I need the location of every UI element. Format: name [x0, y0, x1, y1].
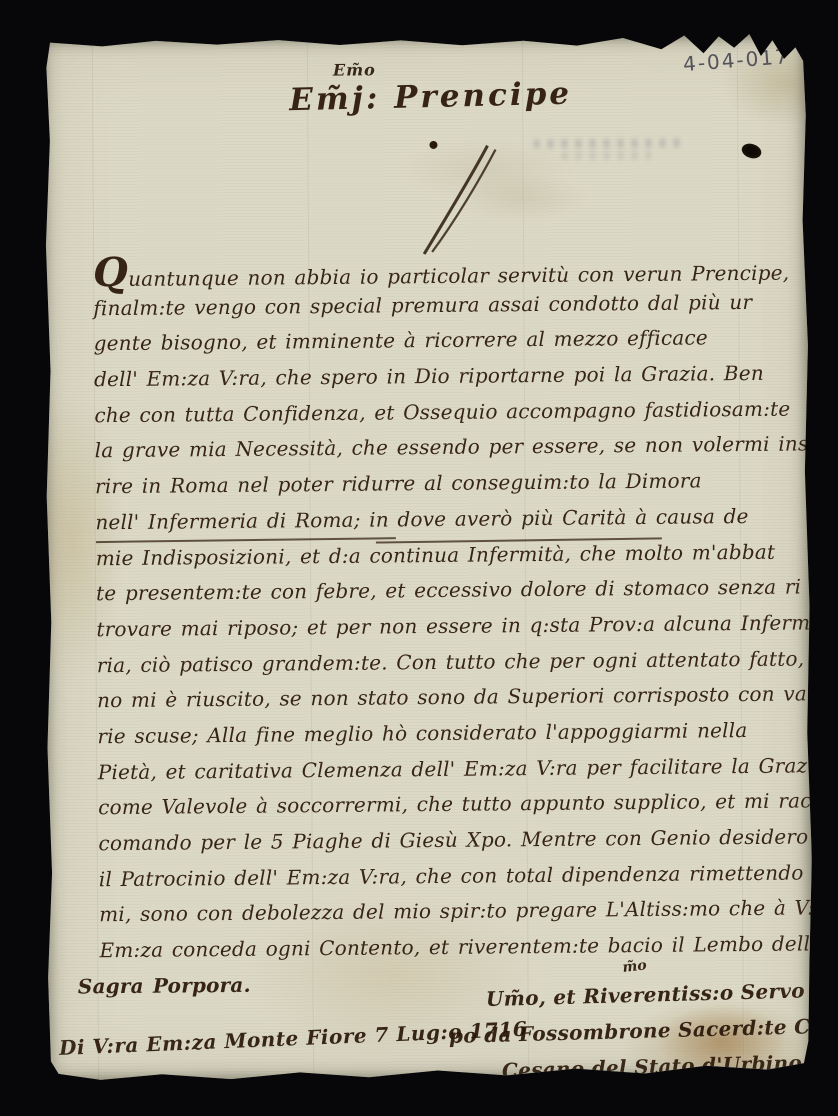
body-line: nell' Infermeria di Roma; in dove averò … [95, 498, 801, 540]
letter-body: Quantunque non abbia io particolar servi… [93, 248, 806, 1004]
pen-slash-mark-icon [407, 138, 500, 265]
photo-background: { "archive_ref": "4-04-017", "header": {… [0, 0, 838, 1116]
ink-blot [740, 141, 763, 160]
salutation: Em̃j: Prencipe [289, 76, 573, 119]
archive-reference: 4-04-017 [682, 44, 790, 76]
bleed-through-smudge [562, 151, 652, 161]
dateline: Di V:ra Em:za Monte Fiore 7 Lug:o 1716 [59, 1018, 500, 1060]
body-line: trovare mai riposo; et per non essere in… [96, 605, 802, 647]
valediction-superscript: m̃o [622, 957, 648, 976]
salutation-header: Em̃o Em̃j: Prencipe [289, 59, 572, 116]
bleed-through-smudge [533, 138, 683, 148]
letter-paper: 4-04-017 Em̃o Em̃j: Prencipe Quantunque … [41, 32, 813, 1083]
body-line: Em:za conceda ogni Contento, et riverent… [99, 927, 805, 969]
